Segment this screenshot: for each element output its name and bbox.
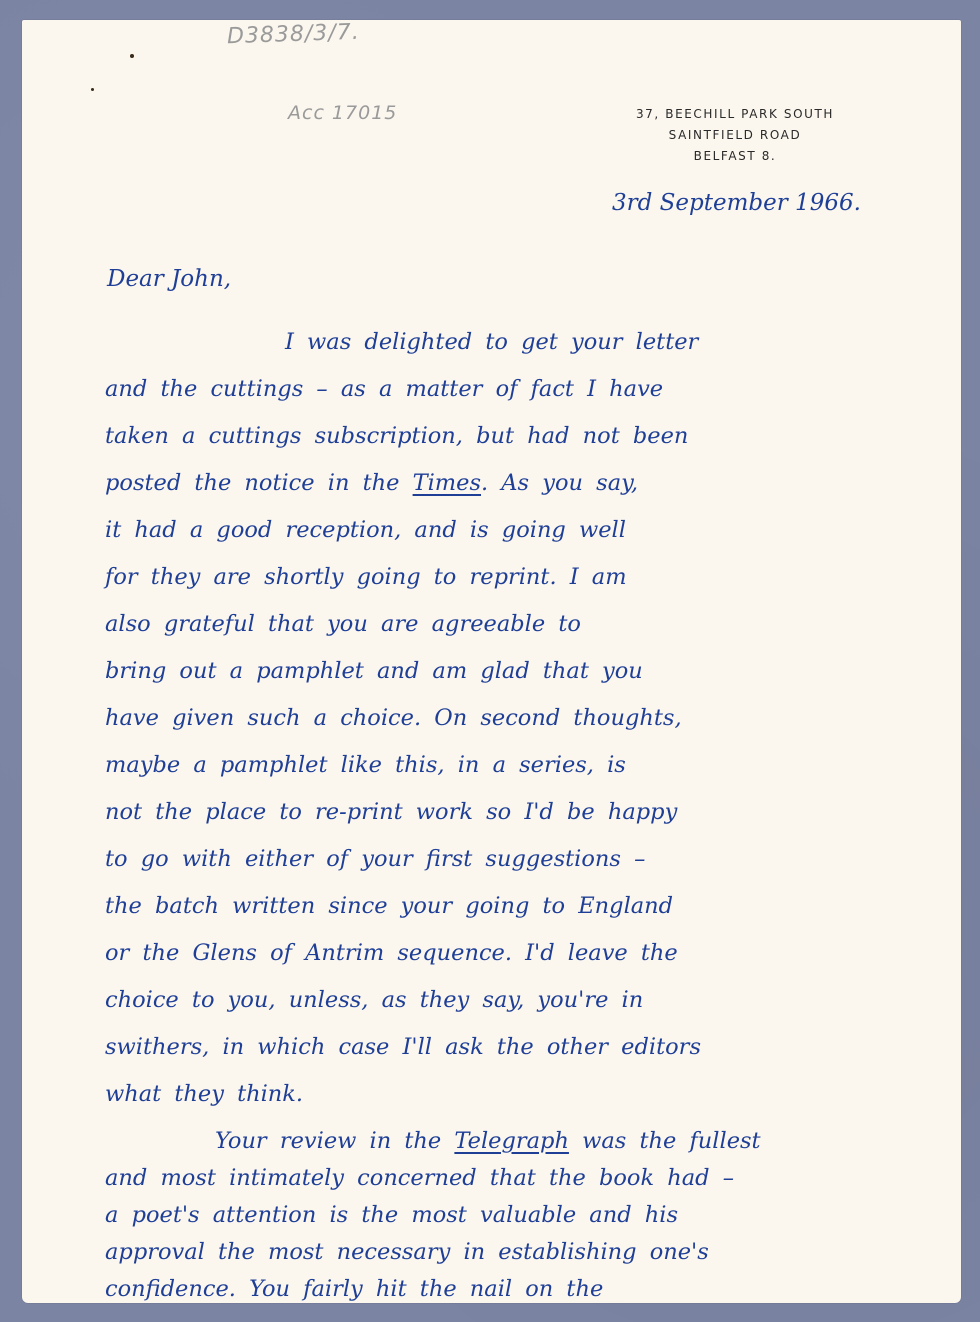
body-line: to go with either of your first suggesti… [105,839,905,886]
address-line-2: SAINTFIELD ROAD [600,125,870,146]
body-line: bring out a pamphlet and am glad that yo… [105,651,905,698]
archive-reference: D3838/3/7. [227,20,361,50]
body-line: maybe a pamphlet like this, in a series,… [105,745,905,792]
body-line: have given such a choice. On second thou… [105,698,905,745]
body-line: confidence. You fairly hit the nail on t… [105,1269,905,1306]
body-line: posted the notice in the Times. As you s… [105,463,905,510]
body-line: or the Glens of Antrim sequence. I'd lea… [105,933,905,980]
body-line: swithers, in which case I'll ask the oth… [105,1027,905,1074]
body-line: a poet's attention is the most valuable … [105,1195,905,1232]
body-line: not the place to re-print work so I'd be… [105,792,905,839]
letter-date: 3rd September 1966. [612,190,861,216]
body-line: approval the most necessary in establish… [105,1232,905,1269]
accession-number: Acc 17015 [288,102,397,124]
address-line-1: 37, BEECHILL PARK SOUTH [600,104,870,125]
body-text: . As you say, [481,470,638,496]
body-line: what they think. [105,1074,905,1121]
newspaper-title-telegraph: Telegraph [454,1128,569,1154]
body-line: for they are shortly going to reprint. I… [105,557,905,604]
salutation: Dear John, [107,266,231,292]
letter-body: I was delighted to get your letter and t… [105,322,905,1306]
body-text: was the fullest [569,1128,761,1154]
body-text: posted the notice in the [105,470,413,496]
body-line: I was delighted to get your letter [105,322,905,369]
paper-speck [91,88,94,91]
body-line: Your review in the Telegraph was the ful… [105,1121,905,1158]
body-text: Your review in the [215,1128,454,1154]
body-line: and the cuttings – as a matter of fact I… [105,369,905,416]
body-line: it had a good reception, and is going we… [105,510,905,557]
paper-speck [130,54,134,58]
newspaper-title-times: Times [413,470,481,496]
body-line: the batch written since your going to En… [105,886,905,933]
body-line: choice to you, unless, as they say, you'… [105,980,905,1027]
letterhead-address: 37, BEECHILL PARK SOUTH SAINTFIELD ROAD … [600,104,870,167]
address-line-3: BELFAST 8. [600,146,870,167]
body-line: also grateful that you are agreeable to [105,604,905,651]
body-line: taken a cuttings subscription, but had n… [105,416,905,463]
body-line: and most intimately concerned that the b… [105,1158,905,1195]
